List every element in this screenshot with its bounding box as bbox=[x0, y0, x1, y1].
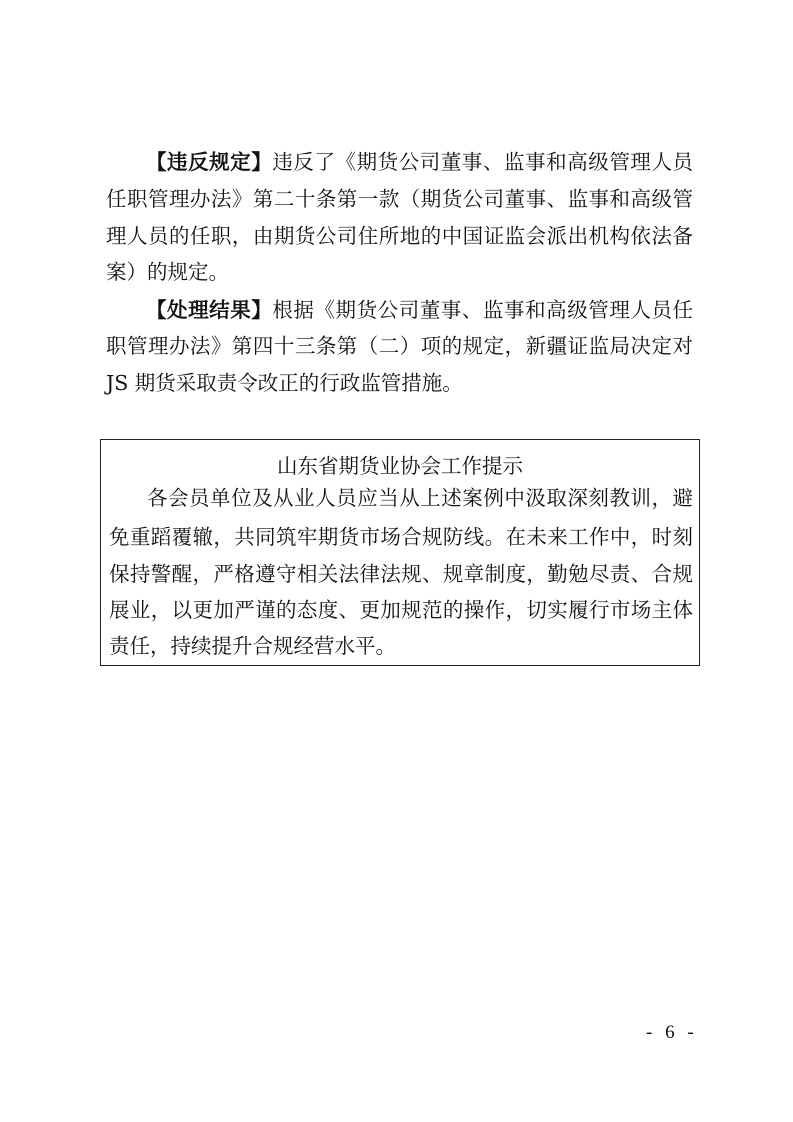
notice-line-4: 展业，以更加严谨的态度、更加规范的操作，切实履行市场主体 bbox=[109, 598, 693, 622]
violation-paragraph-line-1: 【违反规定】违反了《期货公司董事、监事和高级管理人员 bbox=[146, 150, 693, 174]
notice-line-3: 保持警醒，严格遵守相关法律法规、规章制度，勤勉尽责、合规 bbox=[109, 562, 693, 586]
notice-line-5: 责任，持续提升合规经营水平。 bbox=[109, 634, 693, 658]
result-label: 【处理结果】 bbox=[146, 298, 272, 322]
page-number: - 6 - bbox=[646, 1022, 698, 1044]
violation-paragraph-line-2: 任职管理办法》第二十条第一款（期货公司董事、监事和高级管 bbox=[106, 187, 693, 211]
violation-paragraph-line-3: 理人员的任职，由期货公司住所地的中国证监会派出机构依法备 bbox=[106, 224, 693, 248]
notice-box-title: 山东省期货业协会工作提示 bbox=[101, 454, 699, 478]
notice-box: 山东省期货业协会工作提示 各会员单位及从业人员应当从上述案例中汲取深刻教训，避 … bbox=[100, 439, 700, 666]
notice-line-1: 各会员单位及从业人员应当从上述案例中汲取深刻教训，避 bbox=[147, 486, 693, 510]
violation-text: 违反了《期货公司董事、监事和高级管理人员 bbox=[272, 150, 693, 174]
result-text: 根据《期货公司董事、监事和高级管理人员任 bbox=[272, 298, 693, 322]
result-paragraph-line-2: 职管理办法》第四十三条第（二）项的规定，新疆证监局决定对 bbox=[106, 334, 693, 358]
notice-line-2: 免重蹈覆辙，共同筑牢期货市场合规防线。在未来工作中，时刻 bbox=[109, 525, 693, 549]
violation-paragraph-line-4: 案）的规定。 bbox=[106, 260, 693, 284]
violation-label: 【违反规定】 bbox=[146, 150, 272, 174]
result-paragraph-line-1: 【处理结果】根据《期货公司董事、监事和高级管理人员任 bbox=[146, 298, 693, 322]
result-paragraph-line-3: JS 期货采取责令改正的行政监管措施。 bbox=[106, 371, 693, 395]
